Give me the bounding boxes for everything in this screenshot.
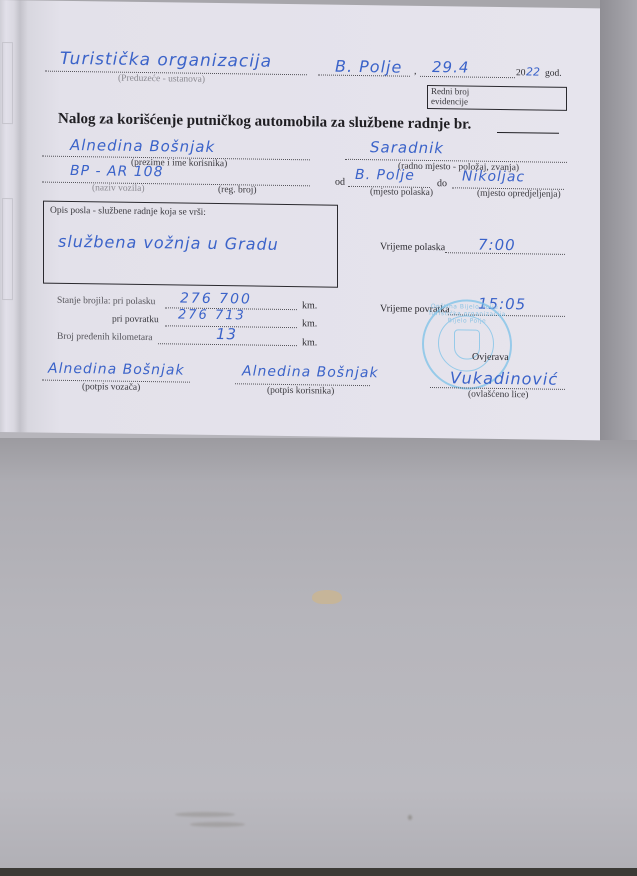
blank-lower-page: [0, 438, 637, 876]
odometer-departure-value: 276 700: [180, 291, 252, 308]
from-label: (mjesto polaska): [370, 187, 433, 198]
order-number-line: [497, 132, 559, 134]
odometer-unit: km.: [302, 337, 317, 348]
driver-signature-label: (potpis vozača): [82, 382, 140, 393]
comma: ,: [414, 66, 417, 77]
place-line: [318, 74, 410, 76]
date-line: [420, 76, 515, 78]
vehicle-label: (naziv vozila): [92, 183, 145, 194]
position-value: Saradnik: [370, 138, 444, 157]
form-page: Turistička organizacija (Preduzeće - ust…: [0, 0, 600, 440]
certifier-signature-label: (ovlašćeno lice): [468, 390, 528, 401]
distance-label: Broj pređenih kilometara: [57, 332, 153, 343]
odometer-return-label: pri povratku: [112, 315, 159, 326]
distance-line: [158, 343, 297, 346]
odometer-return-value: 276 713: [178, 307, 246, 323]
year-suffix: god.: [545, 69, 562, 79]
binding-margin: [2, 42, 13, 124]
departure-time-label: Vrijeme polaska: [380, 241, 445, 253]
register-label-2: evidencije: [431, 96, 468, 107]
odometer-departure-label: Stanje brojila: pri polasku: [57, 296, 155, 307]
scanner-edge: [600, 0, 637, 440]
odometer-unit: km.: [302, 300, 317, 311]
organization-value: Turistička organizacija: [60, 49, 272, 72]
certifier-signature: Vukadinović: [450, 368, 558, 389]
smudge-mark: [408, 815, 412, 820]
smudge-mark: [190, 822, 245, 827]
user-signature: Alnedina Bošnjak: [242, 363, 379, 381]
place-value: B. Polje: [335, 57, 402, 77]
user-name-value: Alnedina Bošnjak: [70, 136, 215, 156]
register-number-box: Redni broj evidencije: [427, 85, 567, 111]
to-value: Nikoljac: [462, 168, 525, 185]
paper-stain: [312, 590, 342, 604]
to-label: (mjesto opredjeljenja): [477, 189, 561, 200]
job-description-value: službena vožnja u Gradu: [58, 232, 279, 254]
from-value: B. Polje: [355, 167, 415, 184]
vehicle-line: [42, 182, 310, 187]
smudge-mark: [175, 812, 235, 817]
user-signature-label: (potpis korisnika): [267, 386, 334, 397]
certified-label: Ovjerava: [472, 352, 509, 364]
driver-signature: Alnedina Bošnjak: [48, 361, 185, 379]
organization-label: (Preduzeće - ustanova): [118, 74, 205, 85]
form-title: Nalog za korišćenje putničkog automobila…: [58, 111, 471, 134]
year-prefix: 20: [516, 68, 526, 78]
job-description-label: Opis posla - službene radnje koja se vrš…: [50, 206, 206, 218]
odometer-unit: km.: [302, 318, 317, 329]
to-prefix: do: [437, 178, 447, 189]
job-description-box: Opis posla - službene radnje koja se vrš…: [43, 201, 338, 288]
register-label-1: Redni broj: [431, 86, 469, 97]
vehicle-value: BP - AR 108: [70, 163, 163, 180]
scan-bottom-edge: [0, 868, 637, 876]
departure-time-value: 7:00: [478, 236, 516, 255]
binding-margin: [2, 198, 13, 300]
year-value: 22: [526, 65, 540, 78]
distance-value: 13: [216, 325, 237, 343]
from-prefix: od: [335, 177, 345, 188]
reg-number-label: (reg. broj): [218, 185, 257, 196]
date-value: 29.4: [432, 58, 469, 77]
